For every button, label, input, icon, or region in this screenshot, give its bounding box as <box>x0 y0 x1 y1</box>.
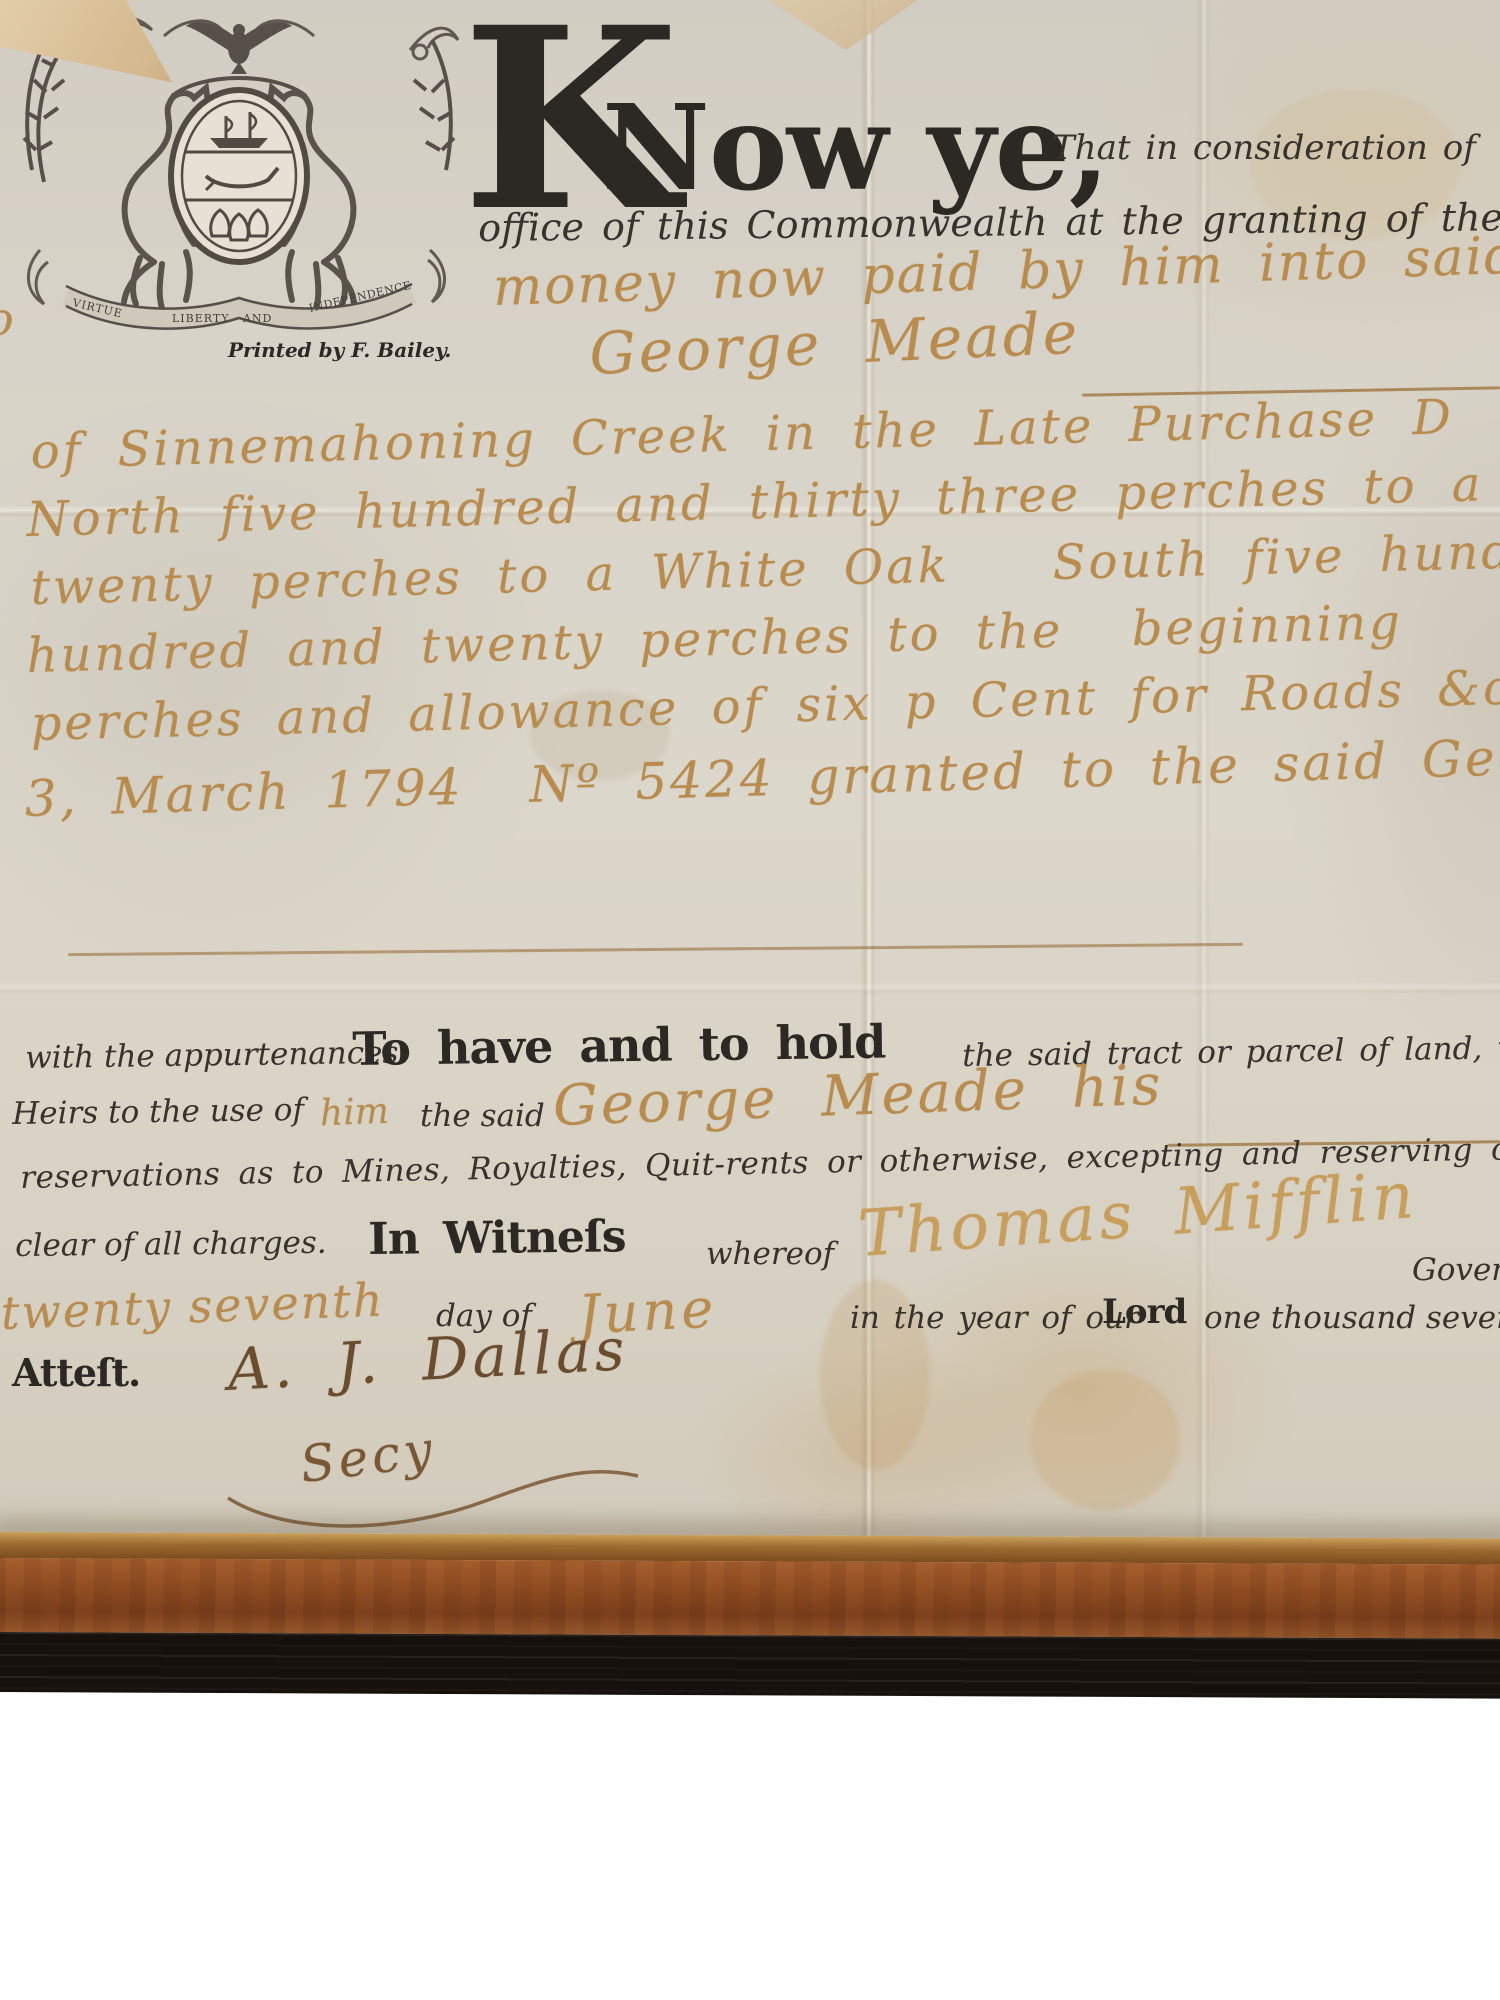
edge-ink-fragment: o <box>0 292 14 346</box>
picture-frame <box>0 1532 1500 1699</box>
attest-label: Atteſt. <box>12 1350 140 1395</box>
heading-know-ye: Now ye, <box>602 78 1109 217</box>
year-intro-text: in the year of our <box>850 1300 1139 1336</box>
printer-credit: Printed by F. Bailey. <box>228 338 451 362</box>
frame-black-moulding <box>0 1632 1500 1699</box>
charges-text: clear of all charges. <box>15 1225 327 1264</box>
year-tail-text: one thousand seven hundre <box>1204 1300 1500 1336</box>
witness-clause: In Witneſs <box>368 1211 626 1265</box>
framed-deed-photo: VIRTUE LIBERTY · AND INDEPENDENCE Printe… <box>0 0 1500 2000</box>
him-hand: him <box>319 1091 389 1134</box>
governor-title: Govern <box>1412 1252 1500 1288</box>
heirs-text: Heirs to the use of <box>12 1092 304 1132</box>
stain <box>1030 1370 1180 1510</box>
pennsylvania-shield <box>171 90 307 262</box>
motto-text-mid: LIBERTY · AND <box>172 312 272 325</box>
signature-flourish <box>218 1450 658 1540</box>
appurtenances-text: with the appurtenances. <box>25 1035 408 1076</box>
corn-plant <box>24 40 64 182</box>
eagle-icon <box>186 22 292 74</box>
frame-wood-liner <box>0 1558 1500 1639</box>
motto-ribbon: VIRTUE LIBERTY · AND INDEPENDENCE <box>66 279 413 329</box>
whereof-text: whereof <box>706 1236 834 1272</box>
the-said-text: the said <box>420 1098 545 1134</box>
lord-text: Lord <box>1102 1292 1186 1332</box>
horizontal-fold-crease-2 <box>0 982 1500 994</box>
consideration-line: That in consideration of <box>1052 128 1476 168</box>
